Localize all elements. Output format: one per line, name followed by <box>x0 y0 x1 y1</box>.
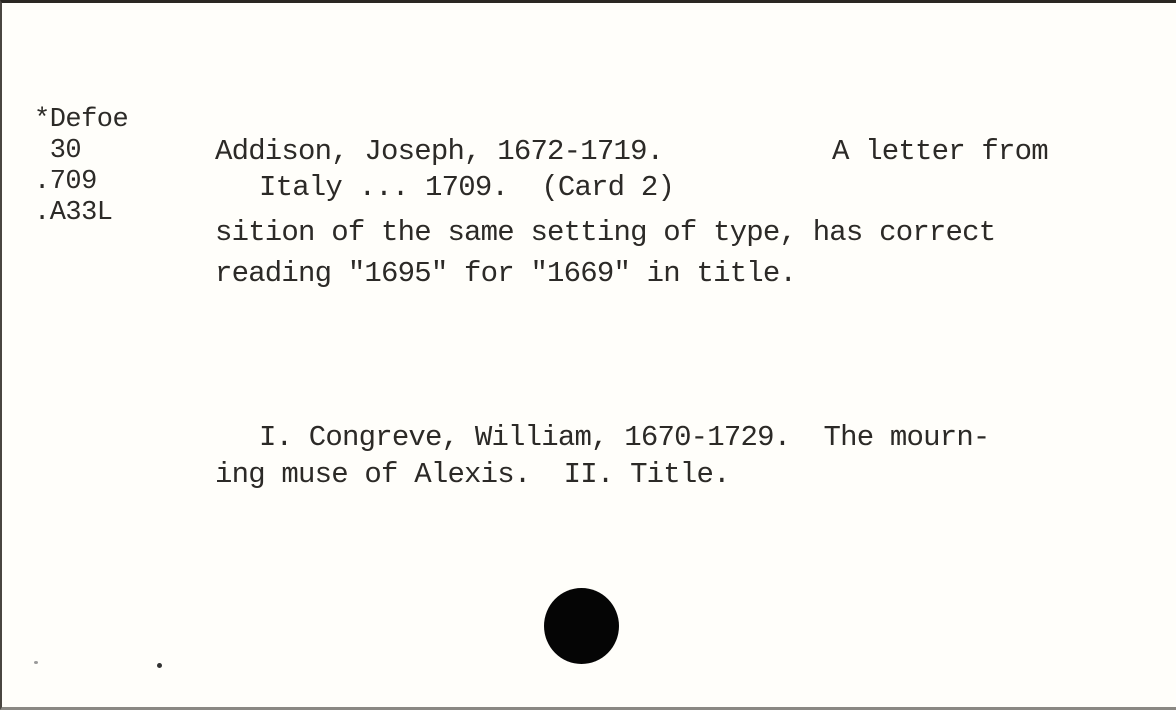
tracing-line: ing muse of Alexis. II. Title. <box>215 460 730 489</box>
call-number-line: .709 <box>34 167 128 198</box>
tracing-line: I. Congreve, William, 1670-1729. The mou… <box>259 423 990 452</box>
note-line: reading "1695" for "1669" in title. <box>215 259 796 288</box>
ink-speck <box>157 663 162 668</box>
main-entry-heading: Addison, Joseph, 1672-1719. <box>215 137 663 166</box>
main-entry-title: A letter from <box>832 137 1048 166</box>
call-number: *Defoe 30 .709 .A33L <box>34 105 128 229</box>
call-number-line: 30 <box>34 136 128 167</box>
main-entry-title-continued: Italy ... 1709. (Card 2) <box>259 173 674 202</box>
call-number-line: .A33L <box>34 198 128 229</box>
note-line: sition of the same setting of type, has … <box>215 218 995 247</box>
ink-speck <box>34 661 38 664</box>
call-number-line: *Defoe <box>34 105 128 136</box>
punch-hole <box>544 588 619 664</box>
catalog-card: *Defoe 30 .709 .A33L Addison, Joseph, 16… <box>0 0 1176 710</box>
